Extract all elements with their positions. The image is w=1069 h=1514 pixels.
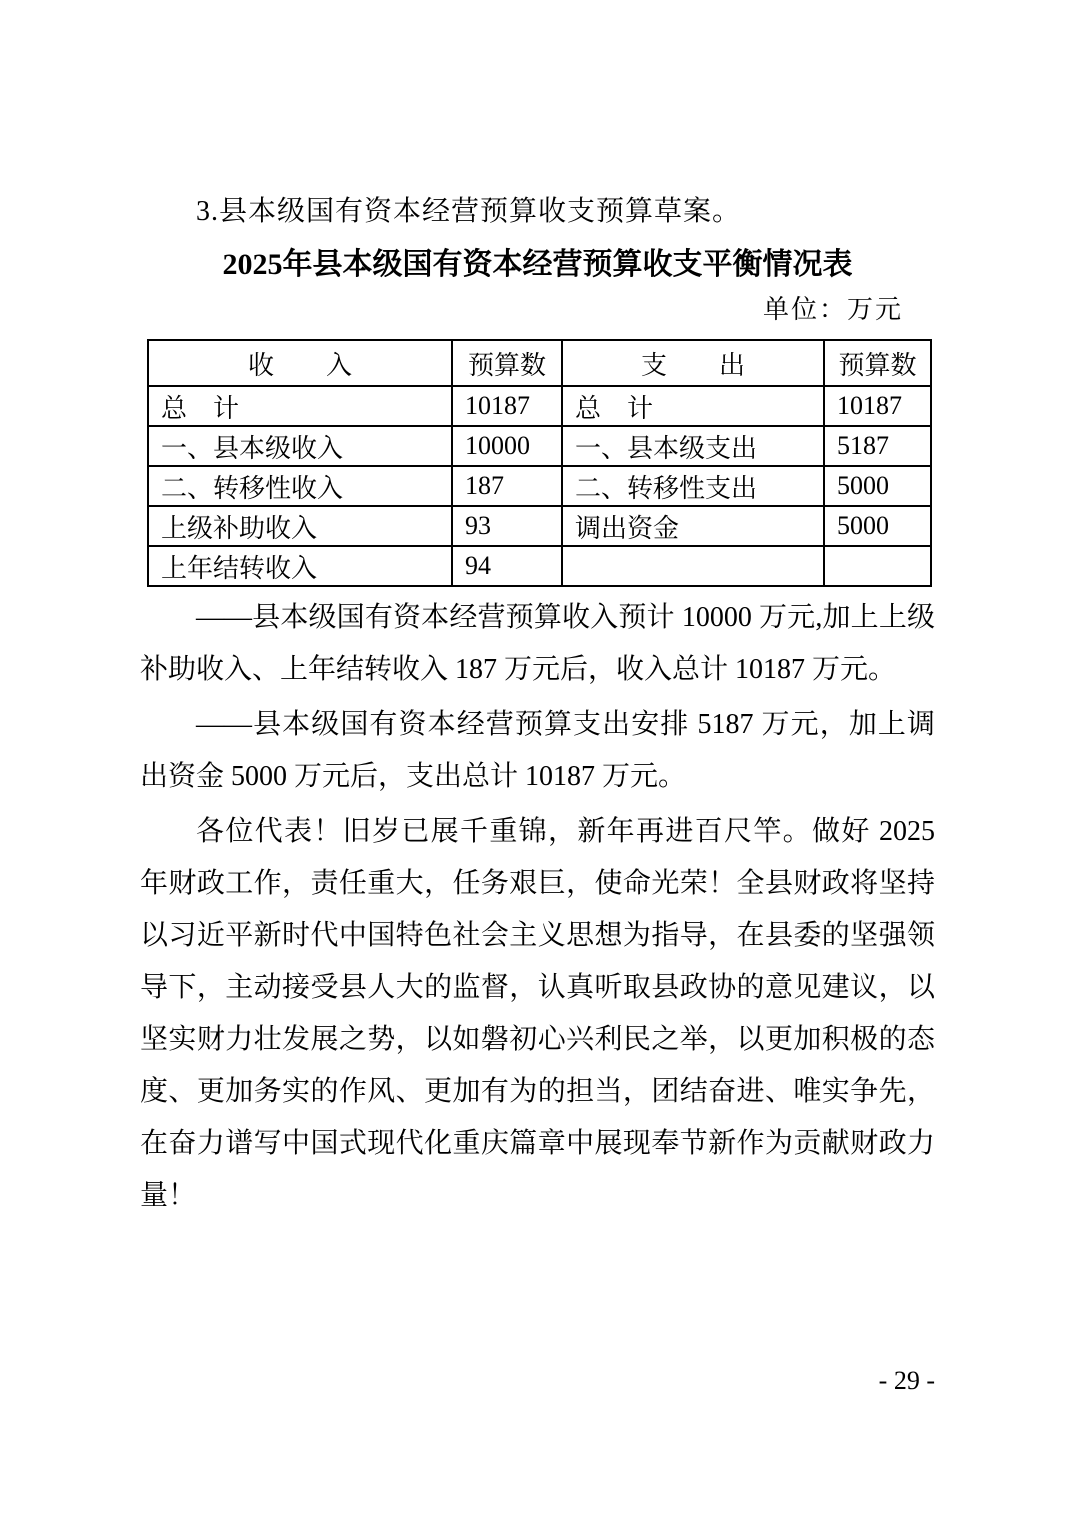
income-cell: 上级补助收入 (148, 506, 452, 546)
budget-balance-table: 收 入 预算数 支 出 预算数 总 计 10187 总 计 10187 一、县本… (147, 339, 932, 587)
page-number: - 29 - (140, 1365, 935, 1397)
income-cell: 一、县本级收入 (148, 426, 452, 466)
expense-cell: 总 计 (562, 386, 824, 426)
income-budget-cell: 94 (452, 546, 562, 586)
table-title: 2025年县本级国有资本经营预算收支平衡情况表 (140, 244, 935, 286)
document-page: 3.县本级国有资本经营预算收支预算草案。 2025年县本级国有资本经营预算收支平… (0, 0, 1069, 1514)
table-row: 二、转移性收入 187 二、转移性支出 5000 (148, 466, 931, 506)
table-row: 上级补助收入 93 调出资金 5000 (148, 506, 931, 546)
income-cell: 上年结转收入 (148, 546, 452, 586)
expense-budget-cell: 5000 (824, 506, 931, 546)
paragraph-income-summary: ——县本级国有资本经营预算收入预计 10000 万元,加上上级补助收入、上年结转… (140, 592, 935, 696)
income-header: 收 入 (148, 340, 452, 386)
income-cell: 总 计 (148, 386, 452, 426)
unit-label: 单位：万元 (140, 294, 935, 326)
expense-budget-cell: 5187 (824, 426, 931, 466)
table-row: 上年结转收入 94 (148, 546, 931, 586)
expense-cell (562, 546, 824, 586)
table-row: 一、县本级收入 10000 一、县本级支出 5187 (148, 426, 931, 466)
income-budget-header: 预算数 (452, 340, 562, 386)
expense-cell: 调出资金 (562, 506, 824, 546)
expense-budget-header: 预算数 (824, 340, 931, 386)
expense-budget-cell: 5000 (824, 466, 931, 506)
expense-cell: 二、转移性支出 (562, 466, 824, 506)
paragraph-expense-summary: ——县本级国有资本经营预算支出安排 5187 万元，加上调出资金 5000 万元… (140, 699, 935, 803)
body-text: ——县本级国有资本经营预算收入预计 10000 万元,加上上级补助收入、上年结转… (140, 592, 935, 1225)
section-heading: 3.县本级国有资本经营预算收支预算草案。 (140, 192, 935, 232)
expense-budget-cell (824, 546, 931, 586)
income-budget-cell: 187 (452, 466, 562, 506)
income-cell: 二、转移性收入 (148, 466, 452, 506)
expense-header: 支 出 (562, 340, 824, 386)
expense-cell: 一、县本级支出 (562, 426, 824, 466)
expense-budget-cell: 10187 (824, 386, 931, 426)
income-budget-cell: 10187 (452, 386, 562, 426)
table-header-row: 收 入 预算数 支 出 预算数 (148, 340, 931, 386)
table-row: 总 计 10187 总 计 10187 (148, 386, 931, 426)
income-budget-cell: 10000 (452, 426, 562, 466)
paragraph-closing: 各位代表！旧岁已展千重锦，新年再进百尺竿。做好 2025 年财政工作，责任重大，… (140, 806, 935, 1222)
income-budget-cell: 93 (452, 506, 562, 546)
